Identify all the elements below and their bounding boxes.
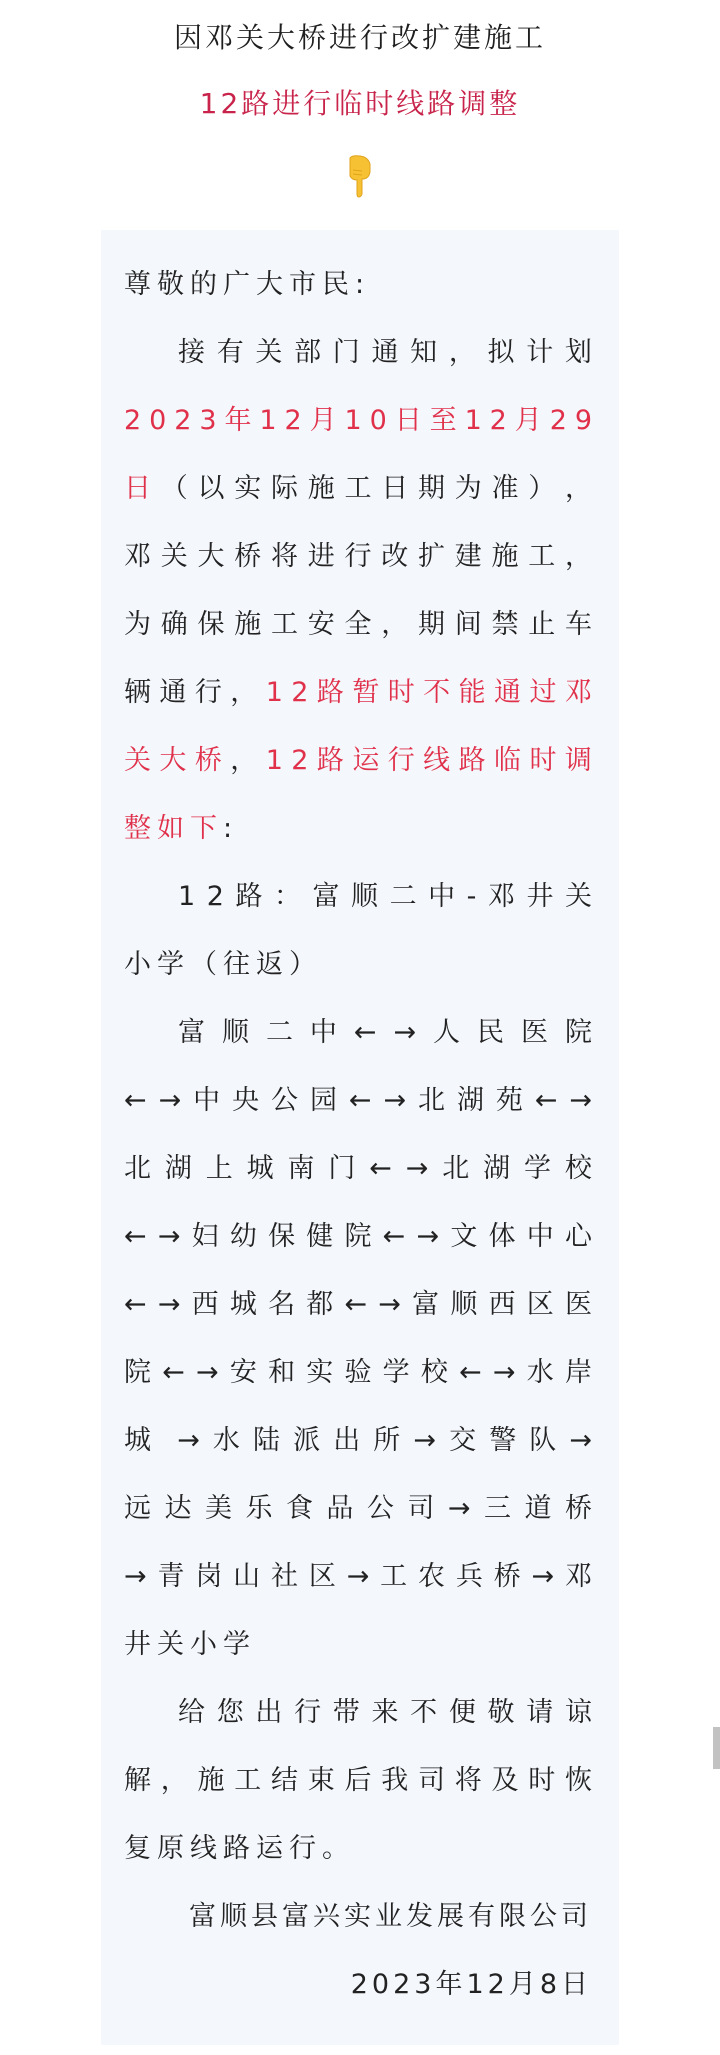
notice-char: 队 <box>529 1421 556 1461</box>
notice-line: ←→妇幼保健院←→文体中心 <box>124 1217 592 1257</box>
notice-char: 2 <box>291 741 308 781</box>
notice-char: - <box>467 877 477 917</box>
notice-char: 能 <box>459 673 486 713</box>
notice-char: ） <box>289 945 322 985</box>
notice-char: 兵 <box>456 1557 483 1597</box>
notice-char: 全 <box>345 605 372 645</box>
notice-char: 月 <box>515 401 542 441</box>
notice-char: ← <box>344 1285 367 1325</box>
notice-line: 12路：富顺二中-邓井关 <box>178 877 592 917</box>
notice-char: 行 <box>294 1693 321 1733</box>
notice-char: 辆 <box>124 673 151 713</box>
notice-char: 车 <box>565 605 592 645</box>
notice-char: 美 <box>205 1489 232 1529</box>
notice-char: 日 <box>124 469 151 509</box>
notice-char: 将 <box>455 1761 482 1801</box>
notice-char: 关 <box>565 877 592 917</box>
notice-line: 尊敬的广大市民: <box>124 265 592 305</box>
notice-char: 校 <box>565 1149 592 1189</box>
notice-char: 时 <box>388 673 415 713</box>
notice-char: 时 <box>529 741 556 781</box>
notice-char: 城 <box>247 1149 274 1189</box>
notice-char: 结 <box>271 1761 298 1801</box>
notice-line: 井关小学 <box>124 1625 592 1665</box>
notice-char: 南 <box>288 1149 315 1189</box>
notice-char: 0 <box>149 401 166 441</box>
notice-char: 2 <box>124 401 141 441</box>
notice-char: 谅 <box>565 1693 592 1733</box>
notice-char: 扩 <box>418 537 445 577</box>
notice-char: 桥 <box>234 537 261 577</box>
notice-line: 为确保施工安全，期间禁止车 <box>124 605 592 645</box>
notice-char: 园 <box>310 1081 337 1121</box>
notice-char: → <box>532 1557 555 1597</box>
notice-char: 邓 <box>565 673 592 713</box>
notice-char: 关 <box>124 741 151 781</box>
notice-char: 过 <box>529 673 556 713</box>
notice-char: 央 <box>232 1081 259 1121</box>
notice-char: 原 <box>157 1829 190 1869</box>
notice-char: ， <box>565 469 592 509</box>
notice-char: 为 <box>455 469 482 509</box>
notice-char: 区 <box>527 1285 554 1325</box>
notice-char: 保 <box>268 1217 295 1257</box>
notice-char: 桥 <box>565 1489 592 1529</box>
notice-char: 往 <box>223 945 256 985</box>
notice-char: 2 <box>207 877 224 917</box>
scrollbar-thumb[interactable] <box>713 1727 720 1769</box>
notice-char: 学 <box>524 1149 551 1189</box>
notice-char: 间 <box>455 605 482 645</box>
notice-char: 计 <box>526 333 553 373</box>
notice-char: 返 <box>256 945 289 985</box>
notice-char: 二 <box>266 1013 293 1053</box>
notice-char: 关 <box>157 1625 190 1665</box>
notice-char: → <box>347 1557 370 1597</box>
notice-char: 社 <box>271 1557 298 1597</box>
notice-char: 湖 <box>483 1149 510 1189</box>
notice-char: 工 <box>271 605 298 645</box>
notice-char: 达 <box>164 1489 191 1529</box>
notice-char: 北 <box>124 1149 151 1189</box>
notice-char: 知 <box>410 333 437 373</box>
notice-char: 至 <box>430 401 457 441</box>
notice-char: 有 <box>217 333 244 373</box>
notice-char: 学 <box>383 1353 410 1393</box>
notice-char: → <box>383 1081 406 1121</box>
notice-char: 文 <box>450 1217 477 1257</box>
notice-char: 安 <box>230 1353 257 1393</box>
notice-char: 中 <box>428 877 455 917</box>
notice-char: 民 <box>477 1013 504 1053</box>
notice-char: 学 <box>223 1625 256 1665</box>
notice-char: 建 <box>455 537 482 577</box>
notice-char: → <box>417 1217 440 1257</box>
notice-char: 邓 <box>124 537 151 577</box>
notice-char: 行 <box>345 537 372 577</box>
notice-char: 路 <box>235 877 262 917</box>
notice-char: 交 <box>449 1421 476 1461</box>
notice-char: 0 <box>370 401 387 441</box>
notice-char: 公 <box>367 1489 394 1529</box>
notice-char: 解 <box>124 1761 151 1801</box>
notice-char: 日 <box>381 469 408 509</box>
notice-char: 进 <box>308 537 335 577</box>
notice-char: 小 <box>190 1625 223 1665</box>
notice-char: 健 <box>306 1217 333 1257</box>
notice-char: 关 <box>161 537 188 577</box>
notice-char: 1 <box>178 877 195 917</box>
notice-char: 2 <box>174 401 191 441</box>
notice-char: → <box>448 1489 471 1529</box>
notice-char: 三 <box>484 1489 511 1529</box>
notice-char: 束 <box>308 1761 335 1801</box>
notice-char: 富 <box>178 1013 205 1053</box>
notice-char: 行 <box>195 673 222 713</box>
notice-char: 期 <box>418 469 445 509</box>
notice-char: （ <box>190 945 223 985</box>
notice-char: 人 <box>433 1013 460 1053</box>
notice-char: 大 <box>256 265 289 305</box>
notice-char: 安 <box>308 605 335 645</box>
notice-char: 学 <box>157 945 190 985</box>
notice-char: 敬 <box>488 1693 515 1733</box>
notice-subtitle: 12路进行临时线路调整 <box>0 84 720 124</box>
notice-char: 1 <box>259 401 276 441</box>
notice-char: 行 <box>388 741 415 781</box>
notice-char: 将 <box>271 537 298 577</box>
notice-char: 验 <box>344 1353 371 1393</box>
notice-char: 3 <box>199 401 216 441</box>
notice-char: 施 <box>198 1761 225 1801</box>
notice-char: 禁 <box>492 605 519 645</box>
notice-line: →青岗山社区→工农兵桥→邓 <box>124 1557 592 1597</box>
notice-char: 期 <box>418 605 445 645</box>
notice-date: 2023年12月8日 <box>124 1965 592 2005</box>
notice-char: 派 <box>293 1421 320 1461</box>
notice-char: 改 <box>381 537 408 577</box>
notice-char: 岸 <box>565 1353 592 1393</box>
notice-char: 为 <box>124 605 151 645</box>
notice-char: → <box>124 1557 147 1597</box>
notice-line: 辆通行，12路暂时不能通过邓 <box>124 673 592 713</box>
notice-char: 后 <box>345 1761 372 1801</box>
notice-char: 施 <box>308 469 335 509</box>
notice-char: （ <box>161 469 188 509</box>
notice-char: 1 <box>465 401 482 441</box>
notice-char: 线 <box>423 741 450 781</box>
notice-char: 湖 <box>165 1149 192 1189</box>
notice-char: 北 <box>418 1081 445 1121</box>
notice-char: 时 <box>528 1761 555 1801</box>
notice-char: 运 <box>352 741 379 781</box>
notice-char: 通 <box>494 673 521 713</box>
notice-line: 日（以实际施工日期为准）， <box>124 469 592 509</box>
notice-char: 2 <box>490 401 507 441</box>
notice-line: 院←→安和实验学校←→水岸 <box>124 1353 592 1393</box>
notice-line: 远达美乐食品公司→三道桥 <box>124 1489 592 1529</box>
notice-char: 际 <box>271 469 298 509</box>
notice-char: 大 <box>159 741 186 781</box>
notice-char: 城 <box>124 1421 151 1461</box>
notice-char: 湖 <box>457 1081 484 1121</box>
notice-char: 体 <box>489 1217 516 1257</box>
notice-title: 因邓关大桥进行改扩建施工 <box>0 18 720 58</box>
notice-char: 司 <box>418 1761 445 1801</box>
notice-line: ←→西城名都←→富顺西区医 <box>124 1285 592 1325</box>
notice-line: 小学（往返） <box>124 945 592 985</box>
notice-char: 不 <box>410 1693 437 1733</box>
notice-char: 水 <box>527 1353 554 1393</box>
signature: 富顺县富兴实业发展有限公司 <box>124 1897 592 1937</box>
notice-char: 水 <box>213 1421 240 1461</box>
notice-char: 整 <box>124 809 157 849</box>
notice-char: 线 <box>190 1829 223 1869</box>
notice-char: → <box>569 1421 592 1461</box>
notice-char: 临 <box>494 741 521 781</box>
notice-char: ← <box>354 1013 377 1053</box>
notice-char: → <box>158 1285 181 1325</box>
notice-char: ← <box>535 1081 558 1121</box>
notice-char: 所 <box>373 1421 400 1461</box>
notice-char: 。 <box>322 1829 355 1869</box>
notice-char: 农 <box>418 1557 445 1597</box>
notice-char: 不 <box>423 673 450 713</box>
notice-char: 中 <box>527 1217 554 1257</box>
notice-char: 准 <box>492 469 519 509</box>
notice-char: 1 <box>266 741 283 781</box>
notice-char: 实 <box>234 469 261 509</box>
notice-char: 市 <box>289 265 322 305</box>
notice-char: → <box>196 1353 219 1393</box>
notice-char: 乐 <box>245 1489 272 1529</box>
notice-char: → <box>413 1421 436 1461</box>
notice-char: 出 <box>333 1421 360 1461</box>
notice-char: ← <box>124 1217 147 1257</box>
notice-char: ← <box>369 1149 392 1189</box>
notice-char: 山 <box>233 1557 260 1597</box>
notice-line: 城 →水陆派出所→交警队→ <box>124 1421 592 1461</box>
notice-char: 通 <box>371 333 398 373</box>
notice-char: → <box>158 1217 181 1257</box>
notice-char: 品 <box>326 1489 353 1529</box>
notice-char: 划 <box>565 333 592 373</box>
notice-char: 上 <box>206 1149 233 1189</box>
notice-line: 给您出行带来不便敬请谅 <box>178 1693 592 1733</box>
notice-char: ， <box>381 605 408 645</box>
notice-char: 西 <box>489 1285 516 1325</box>
notice-char: 2 <box>291 673 308 713</box>
notice-char: ， <box>161 1761 188 1801</box>
notice-char: 道 <box>524 1489 551 1529</box>
notice-char: 邓 <box>565 1557 592 1597</box>
notice-char: 民 <box>322 265 355 305</box>
notice-char: 请 <box>526 1693 553 1733</box>
notice-char: ← <box>162 1353 185 1393</box>
notice-char: 带 <box>333 1693 360 1733</box>
notice-char: 关 <box>255 333 282 373</box>
notice-char: 院 <box>344 1217 371 1257</box>
notice-char: 工 <box>528 537 555 577</box>
notice-char: 校 <box>421 1353 448 1393</box>
notice-char: 出 <box>255 1693 282 1733</box>
notice-char: 小 <box>124 945 157 985</box>
notice-char: 心 <box>565 1217 592 1257</box>
notice-char: ← <box>349 1081 372 1121</box>
notice-char: ， <box>230 673 257 713</box>
notice-char: ， <box>565 537 592 577</box>
notice-char: ← <box>124 1285 147 1325</box>
notice-line: 解，施工结束后我司将及时恢 <box>124 1761 592 1801</box>
notice-char: ， <box>449 333 476 373</box>
notice-char: 城 <box>230 1285 257 1325</box>
notice-char: 北 <box>442 1149 469 1189</box>
notice-char: 路 <box>317 741 344 781</box>
notice-char: 门 <box>333 333 360 373</box>
notice-char: ： <box>274 877 301 917</box>
notice-char: 中 <box>193 1081 220 1121</box>
notice-char: 幼 <box>230 1217 257 1257</box>
notice-char: 富 <box>412 1285 439 1325</box>
notice-char: 如 <box>157 809 190 849</box>
notice-char: 顺 <box>351 877 378 917</box>
notice-char: 食 <box>286 1489 313 1529</box>
notice-char: 通 <box>159 673 186 713</box>
notice-char: 保 <box>198 605 225 645</box>
notice-char: 下 <box>190 809 223 849</box>
notice-char: 警 <box>489 1421 516 1461</box>
notice-char: 接 <box>178 333 205 373</box>
notice-char: 青 <box>157 1557 184 1597</box>
notice-char: : <box>355 265 370 305</box>
notice-char: 2 <box>550 401 567 441</box>
notice-char: 1 <box>345 401 362 441</box>
notice-char: 施 <box>234 605 261 645</box>
notice-char: 都 <box>306 1285 333 1325</box>
notice-line: 2023年12月10日至12月29 <box>124 401 592 441</box>
notice-char: 中 <box>310 1013 337 1053</box>
notice-char: 工 <box>234 1761 261 1801</box>
notice-char: 复 <box>124 1829 157 1869</box>
notice-char: ← <box>383 1217 406 1257</box>
notice-char: 妇 <box>192 1217 219 1257</box>
notice-char: 司 <box>407 1489 434 1529</box>
notice-line: 接有关部门通知，拟计划 <box>178 333 592 373</box>
notice-char: 路 <box>317 673 344 713</box>
notice-char: 调 <box>565 741 592 781</box>
notice-char: 您 <box>217 1693 244 1733</box>
notice-char: 院 <box>124 1353 151 1393</box>
notice-line: 邓关大桥将进行改扩建施工， <box>124 537 592 577</box>
notice-line: ←→中央公园←→北湖苑←→ <box>124 1081 592 1121</box>
notice-char: 拟 <box>488 333 515 373</box>
notice-char: 尊 <box>124 265 157 305</box>
notice-char: 工 <box>345 469 372 509</box>
notice-char: ） <box>528 469 555 509</box>
notice-char: 医 <box>565 1285 592 1325</box>
notice-char: 院 <box>565 1013 592 1053</box>
notice-char: → <box>406 1149 429 1189</box>
notice-char: 名 <box>268 1285 295 1325</box>
notice-char: 年 <box>224 401 251 441</box>
notice-char: 苑 <box>496 1081 523 1121</box>
notice-char: 门 <box>328 1149 355 1189</box>
notice-char: → <box>569 1081 592 1121</box>
notice-char: 和 <box>268 1353 295 1393</box>
notice-char: ， <box>230 741 257 781</box>
notice-char: 恢 <box>565 1761 592 1801</box>
notice-char: : <box>223 809 238 849</box>
notice-char: 公 <box>271 1081 298 1121</box>
notice-char: 广 <box>223 265 256 305</box>
notice-char: ← <box>459 1353 482 1393</box>
notice-char: 及 <box>492 1761 519 1801</box>
notice-char: 暂 <box>352 673 379 713</box>
pointing-down-icon <box>340 154 380 198</box>
notice-char: → <box>493 1353 516 1393</box>
notice-char: 便 <box>449 1693 476 1733</box>
notice-char: 的 <box>190 265 223 305</box>
notice-char: 以 <box>198 469 225 509</box>
notice-char: 医 <box>521 1013 548 1053</box>
notice-char: 行 <box>289 1829 322 1869</box>
notice-char: 给 <box>178 1693 205 1733</box>
notice-char: 敬 <box>157 265 190 305</box>
notice-line: 整如下: <box>124 809 592 849</box>
notice-char: 日 <box>395 401 422 441</box>
notice-char: 岗 <box>195 1557 222 1597</box>
notice-char: 顺 <box>222 1013 249 1053</box>
notice-char: → <box>177 1421 200 1461</box>
notice-char: → <box>393 1013 416 1053</box>
notice-char: 邓 <box>488 877 515 917</box>
notice-char: 区 <box>309 1557 336 1597</box>
notice-line: 复原线路运行。 <box>124 1829 592 1869</box>
notice-char: 部 <box>294 333 321 373</box>
notice-char: 井 <box>124 1625 157 1665</box>
notice-line: 关大桥，12路运行线路临时调 <box>124 741 592 781</box>
notice-line: 北湖上城南门←→北湖学校 <box>124 1149 592 1189</box>
notice-char: 顺 <box>450 1285 477 1325</box>
notice-char: 井 <box>526 877 553 917</box>
notice-char: 远 <box>124 1489 151 1529</box>
notice-char: 确 <box>161 605 188 645</box>
notice-char: 运 <box>256 1829 289 1869</box>
notice-char: 工 <box>380 1557 407 1597</box>
notice-char: 2 <box>284 401 301 441</box>
notice-char: 路 <box>459 741 486 781</box>
notice-char: 施 <box>492 537 519 577</box>
notice-char: 1 <box>266 673 283 713</box>
notice-char: 路 <box>223 1829 256 1869</box>
notice-char: 陆 <box>253 1421 280 1461</box>
notice-char: 桥 <box>494 1557 521 1597</box>
notice-char: 西 <box>192 1285 219 1325</box>
notice-char: 二 <box>390 877 417 917</box>
notice-char: → <box>159 1081 182 1121</box>
notice-char: 月 <box>310 401 337 441</box>
notice-char: ← <box>124 1081 147 1121</box>
notice-char: 桥 <box>195 741 222 781</box>
notice-char: 来 <box>371 1693 398 1733</box>
notice-char: 我 <box>381 1761 408 1801</box>
notice-char: 止 <box>528 605 555 645</box>
notice-char: 实 <box>306 1353 333 1393</box>
notice-char: 富 <box>313 877 340 917</box>
notice-char: → <box>378 1285 401 1325</box>
notice-char: 大 <box>198 537 225 577</box>
notice-char: 9 <box>575 401 592 441</box>
